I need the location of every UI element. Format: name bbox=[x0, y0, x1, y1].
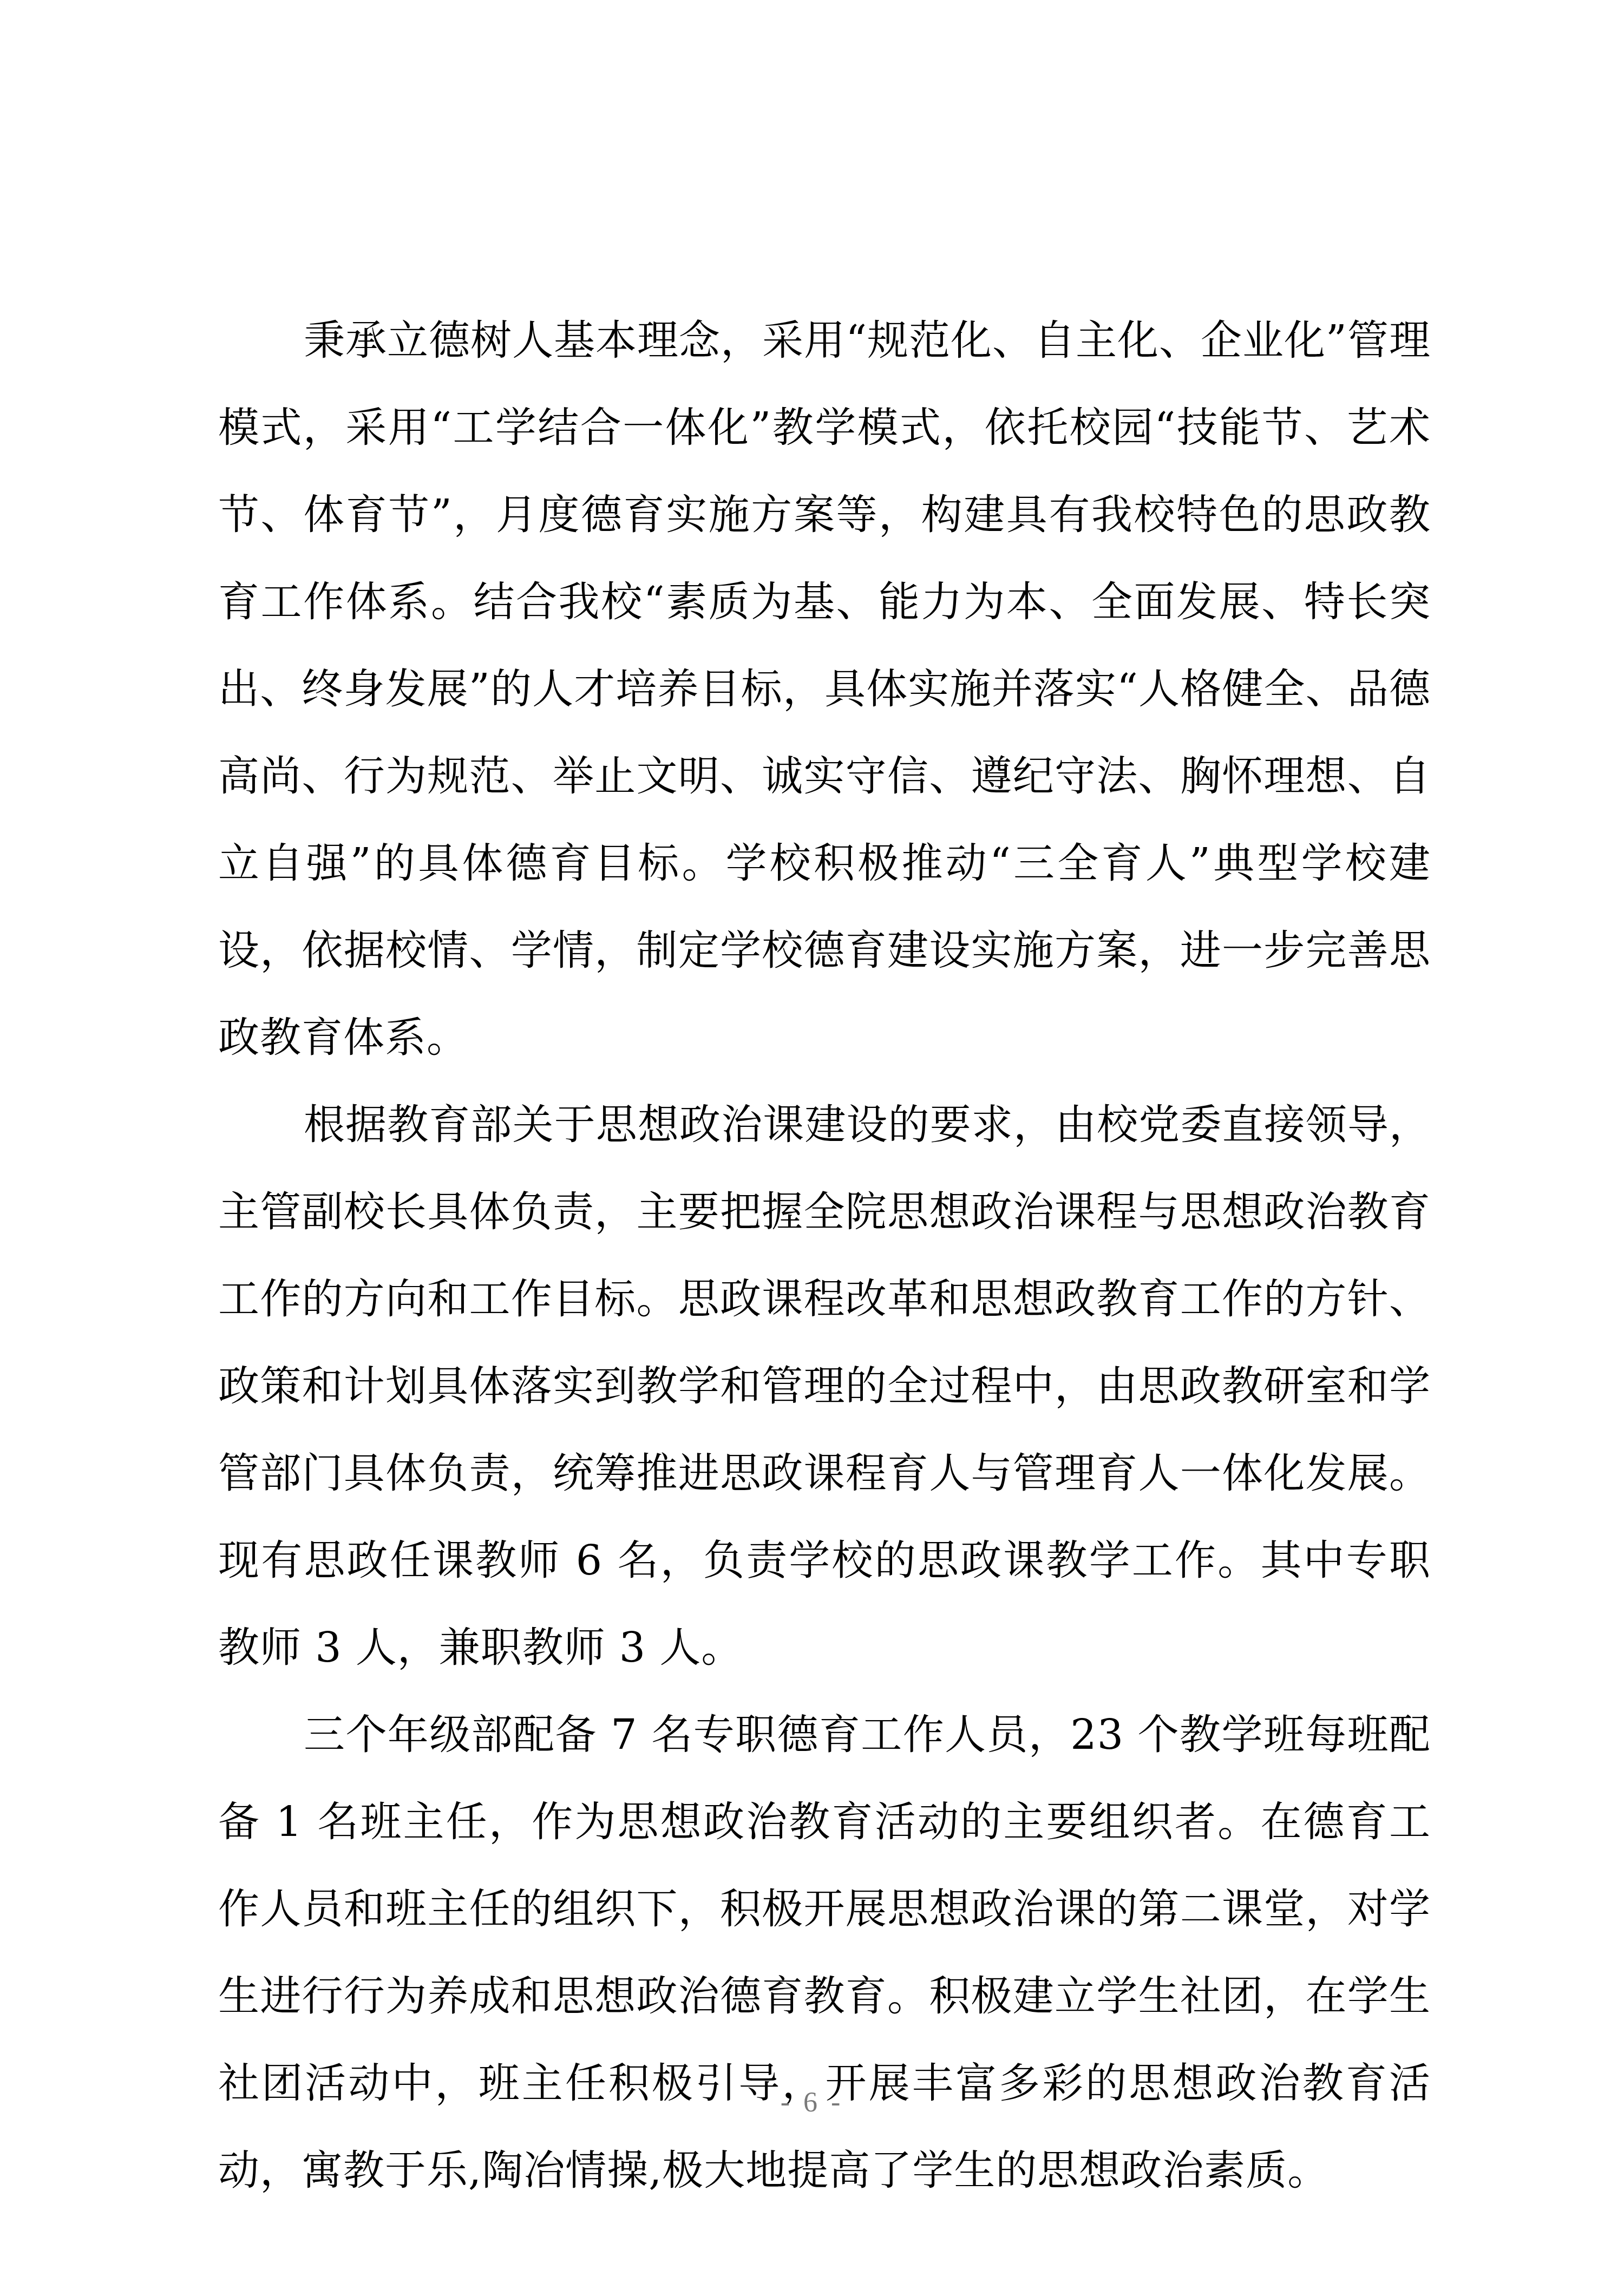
paragraph-3: 三个年级部配备 7 名专职德育工作人员，23 个教学班每班配备 1 名班主任，作… bbox=[218, 1691, 1431, 2214]
paragraph-1-text: 秉承立德树人基本理念，采用“规范化、自主化、企业化”管理模式，采用“工学结合一体… bbox=[218, 316, 1431, 1061]
document-page: 秉承立德树人基本理念，采用“规范化、自主化、企业化”管理模式，采用“工学结合一体… bbox=[0, 0, 1624, 2296]
paragraph-1-continuation: 秉承立德树人基本理念，采用“规范化、自主化、企业化”管理模式，采用“工学结合一体… bbox=[218, 297, 1431, 1081]
body-text: 秉承立德树人基本理念，采用“规范化、自主化、企业化”管理模式，采用“工学结合一体… bbox=[218, 297, 1431, 2214]
paragraph-2-text: 根据教育部关于思想政治课建设的要求，由校党委直接领导，主管副校长具体负责，主要把… bbox=[218, 1100, 1431, 1671]
page-number: - 6 - bbox=[0, 2087, 1624, 2118]
paragraph-2: 根据教育部关于思想政治课建设的要求，由校党委直接领导，主管副校长具体负责，主要把… bbox=[218, 1081, 1431, 1691]
paragraph-3-text: 三个年级部配备 7 名专职德育工作人员，23 个教学班每班配备 1 名班主任，作… bbox=[218, 1710, 1431, 2194]
